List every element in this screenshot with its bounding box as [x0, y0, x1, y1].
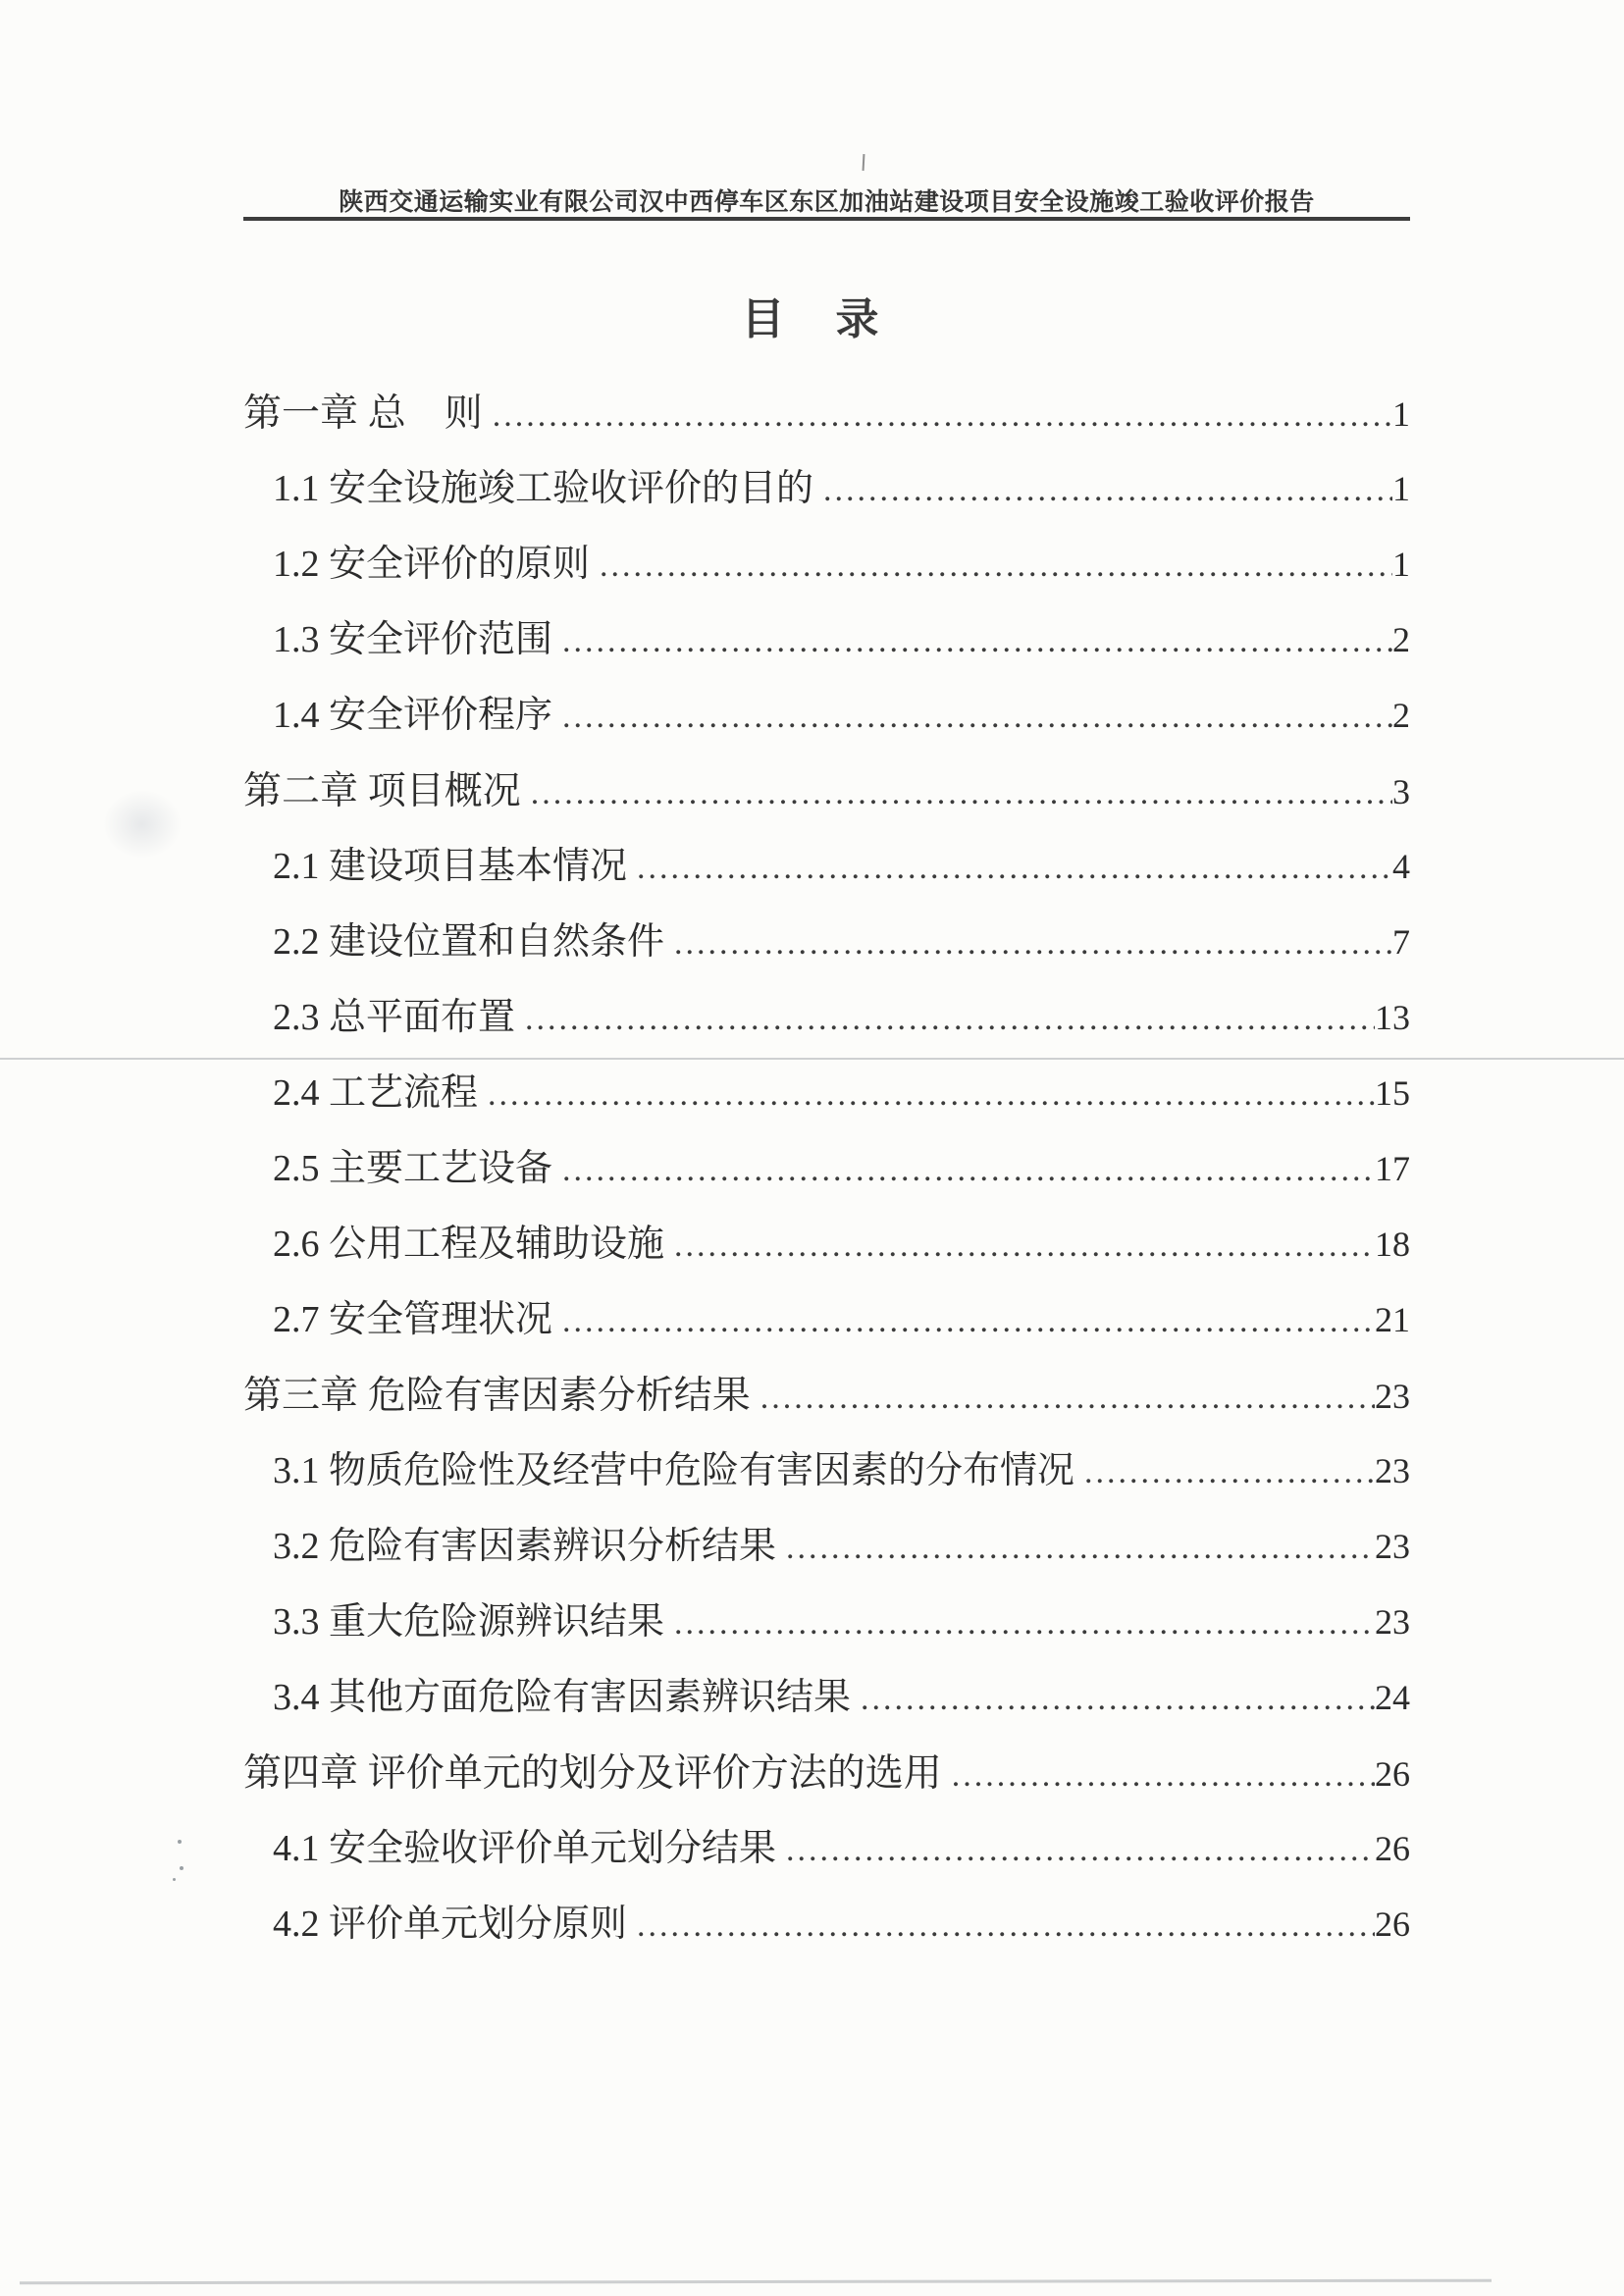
toc-entry: 3.1 物质危险性及经营中危险有害因素的分布情况 ...............… — [243, 1434, 1410, 1509]
toc-entry: 3.3 重大危险源辨识结果 ..........................… — [243, 1585, 1410, 1660]
toc-dot-leader: ........................................… — [664, 1586, 1375, 1661]
toc-page-number: 26 — [1375, 1887, 1410, 1962]
toc-entry: 第三章 危险有害因素分析结果 .........................… — [243, 1358, 1410, 1434]
toc-entry-label: 2.6 公用工程及辅助设施 — [273, 1207, 664, 1282]
toc-entry: 1.1 安全设施竣工验收评价的目的 ......................… — [243, 451, 1410, 527]
toc-dot-leader: ........................................… — [664, 906, 1392, 981]
scan-artifact-speck — [173, 1878, 176, 1881]
toc-dot-leader: ........................................… — [478, 1057, 1375, 1132]
toc-dot-leader: ........................................… — [751, 1360, 1375, 1435]
toc-page-number: 26 — [1375, 1811, 1410, 1887]
toc-entry: 3.2 危险有害因素辨识分析结果 .......................… — [243, 1509, 1410, 1585]
toc-entry: 第四章 评价单元的划分及评价方法的选用 ....................… — [243, 1736, 1410, 1811]
toc-entry-label: 1.2 安全评价的原则 — [273, 527, 590, 602]
toc-dot-leader: ........................................… — [521, 756, 1392, 831]
toc-entry-label: 第三章 危险有害因素分析结果 — [243, 1358, 751, 1434]
toc-dot-leader: ........................................… — [515, 981, 1375, 1057]
toc-entry: 第二章 项目概况 ...............................… — [243, 754, 1410, 829]
toc-entry-label: 2.1 建设项目基本情况 — [273, 829, 627, 905]
report-header-text: 陕西交通运输实业有限公司汉中西停车区东区加油站建设项目安全设施竣工验收评价报告 — [243, 183, 1410, 218]
toc-entry: 2.1 建设项目基本情况 ...........................… — [243, 829, 1410, 905]
scan-artifact-tick — [863, 154, 865, 171]
toc-entry-label: 3.1 物质危险性及经营中危险有害因素的分布情况 — [273, 1434, 1074, 1509]
toc-entry-label: 2.5 主要工艺设备 — [273, 1131, 552, 1207]
toc-dot-leader: ........................................… — [627, 1888, 1375, 1963]
toc-page-number: 4 — [1392, 829, 1410, 905]
toc-dot-leader: ........................................… — [552, 1283, 1375, 1359]
toc-dot-leader: ........................................… — [776, 1812, 1375, 1888]
page-title: 目 录 — [0, 284, 1624, 346]
toc-entry-label: 4.1 安全验收评价单元划分结果 — [273, 1811, 776, 1887]
toc-page-number: 23 — [1375, 1434, 1410, 1509]
toc-entry: 2.4 工艺流程 ...............................… — [243, 1056, 1410, 1131]
toc-dot-leader: ........................................… — [590, 528, 1392, 603]
toc-entry: 2.6 公用工程及辅助设施 ..........................… — [243, 1207, 1410, 1282]
toc-page-number: 23 — [1375, 1359, 1410, 1435]
toc-page-number: 26 — [1375, 1737, 1410, 1812]
toc-page-number: 18 — [1375, 1207, 1410, 1282]
toc-page-number: 1 — [1392, 377, 1410, 452]
toc-page-number: 2 — [1392, 678, 1410, 754]
toc-entry: 第一章 总 则 ................................… — [243, 376, 1410, 451]
toc-entry: 2.3 总平面布置 ..............................… — [243, 980, 1410, 1056]
toc-page-number: 13 — [1375, 980, 1410, 1056]
toc-page-number: 1 — [1392, 527, 1410, 602]
toc-page-number: 7 — [1392, 905, 1410, 980]
toc-dot-leader: ........................................… — [776, 1510, 1375, 1586]
toc-entry: 3.4 其他方面危险有害因素辨识结果 .....................… — [243, 1660, 1410, 1736]
toc-dot-leader: ........................................… — [813, 452, 1392, 528]
toc-entry-label: 2.3 总平面布置 — [273, 980, 515, 1056]
scan-artifact-speck — [178, 1840, 182, 1844]
toc-dot-leader: ........................................… — [552, 679, 1392, 755]
toc-page-number: 1 — [1392, 451, 1410, 527]
toc-dot-leader: ........................................… — [942, 1738, 1375, 1813]
toc-entry-label: 4.2 评价单元划分原则 — [273, 1887, 627, 1962]
toc-dot-leader: ........................................… — [483, 378, 1392, 453]
scan-artifact-bottom-edge — [20, 2279, 1492, 2285]
toc-page-number: 23 — [1375, 1585, 1410, 1660]
toc-entry: 1.4 安全评价程序 .............................… — [243, 678, 1410, 754]
toc-dot-leader: ........................................… — [627, 830, 1392, 906]
toc-page-number: 24 — [1375, 1660, 1410, 1736]
toc-entry-label: 第二章 项目概况 — [243, 754, 521, 829]
toc-page-number: 2 — [1392, 602, 1410, 678]
toc-entry-label: 3.3 重大危险源辨识结果 — [273, 1585, 664, 1660]
toc-entry-label: 2.7 安全管理状况 — [273, 1282, 552, 1358]
toc-entry: 1.3 安全评价范围 .............................… — [243, 602, 1410, 678]
scan-artifact-fold-line — [0, 1058, 1624, 1060]
toc-entry-label: 2.2 建设位置和自然条件 — [273, 905, 664, 980]
toc-entry-label: 1.4 安全评价程序 — [273, 678, 552, 754]
toc-page-number: 17 — [1375, 1131, 1410, 1207]
toc-entry-label: 1.1 安全设施竣工验收评价的目的 — [273, 451, 813, 527]
toc-dot-leader: ........................................… — [851, 1661, 1375, 1737]
header-rule — [243, 217, 1410, 221]
toc-page-number: 3 — [1392, 755, 1410, 830]
toc-entry: 4.2 评价单元划分原则 ...........................… — [243, 1887, 1410, 1962]
toc-entry-label: 3.4 其他方面危险有害因素辨识结果 — [273, 1660, 851, 1736]
toc-entry-label: 第四章 评价单元的划分及评价方法的选用 — [243, 1736, 942, 1811]
toc-entry-label: 第一章 总 则 — [243, 376, 483, 451]
toc-page-number: 23 — [1375, 1509, 1410, 1585]
toc-entry: 2.5 主要工艺设备 .............................… — [243, 1131, 1410, 1207]
toc-entry-label: 3.2 危险有害因素辨识分析结果 — [273, 1509, 776, 1585]
toc-dot-leader: ........................................… — [664, 1208, 1375, 1283]
toc-entry: 4.1 安全验收评价单元划分结果 .......................… — [243, 1811, 1410, 1887]
scan-artifact-smudge — [103, 790, 182, 859]
scan-artifact-speck — [180, 1866, 183, 1870]
table-of-contents: 第一章 总 则 ................................… — [243, 376, 1410, 1962]
toc-page-number: 21 — [1375, 1282, 1410, 1358]
document-page: 陕西交通运输实业有限公司汉中西停车区东区加油站建设项目安全设施竣工验收评价报告 … — [0, 0, 1624, 2296]
toc-entry: 1.2 安全评价的原则 ............................… — [243, 527, 1410, 602]
toc-entry-label: 1.3 安全评价范围 — [273, 602, 552, 678]
toc-page-number: 15 — [1375, 1056, 1410, 1131]
toc-dot-leader: ........................................… — [552, 1132, 1375, 1208]
toc-entry: 2.2 建设位置和自然条件 ..........................… — [243, 905, 1410, 980]
toc-entry-label: 2.4 工艺流程 — [273, 1056, 478, 1131]
toc-dot-leader: ........................................… — [1074, 1435, 1375, 1510]
toc-dot-leader: ........................................… — [552, 603, 1392, 679]
toc-entry: 2.7 安全管理状况 .............................… — [243, 1282, 1410, 1358]
